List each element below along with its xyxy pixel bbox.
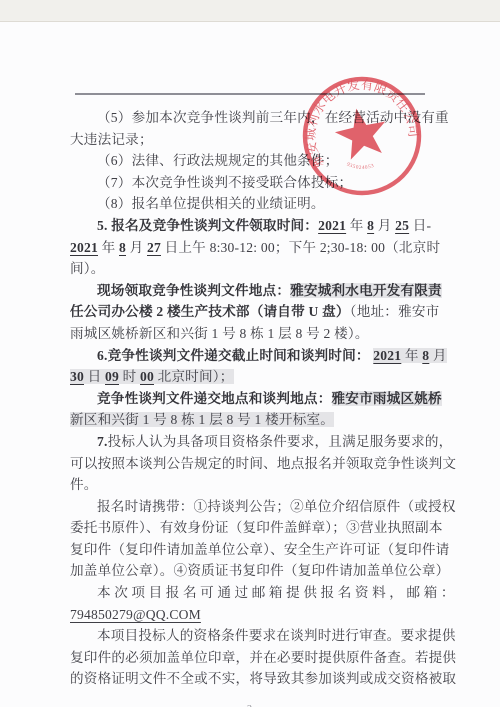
text-segment: 6.竞争性谈判文件递交截止时间和谈判时间： [97, 348, 370, 363]
text-segment: 北京时间）； [154, 369, 234, 384]
text-segment: 委托书原件）、有效身份证（复印件盖鲜章）；③营业执照副本 [70, 520, 443, 535]
document-line: 复印件的必须加盖单位印章，并在必要时提供原件备查。若提供 [70, 647, 438, 669]
text-segment: 7. [97, 434, 108, 449]
text-segment: （地址：雅安市 [350, 304, 440, 319]
text-segment: 2021 [318, 218, 346, 233]
document-line: （5）参加本次竞争性谈判前三年内，在经营活动中没有重 [70, 107, 438, 129]
text-segment: 日上午 8:30-12: 00；下午 2;30-18: 00（北京时 [161, 240, 440, 255]
document-line: 本次项目报名可通过邮箱提供报名资料，邮箱： [70, 582, 438, 604]
text-segment: 新区和兴街 1 号 8 栋 1 层 8 号 1 楼开标室。 [70, 412, 334, 427]
text-segment: 件。 [70, 477, 98, 492]
text-segment: 间）。 [70, 261, 105, 276]
text-segment: 794850279@QQ.COM [70, 607, 201, 622]
document-line: 794850279@QQ.COM [70, 604, 438, 626]
text-segment: 雨城区姚桥新区和兴街 1 号 8 栋 1 层 8 号 2 楼）。 [70, 326, 369, 341]
text-segment: 年 [401, 348, 422, 363]
document-line: 雨城区姚桥新区和兴街 1 号 8 栋 1 层 8 号 2 楼）。 [70, 323, 438, 345]
text-segment: 可以按照本谈判公告规定的时间、地点报名并领取竞争性谈判文 [70, 456, 456, 471]
text-segment: 的资格证明文件不全或不实，将导致其参加谈判或成交资格被取 [70, 671, 456, 686]
document-line: （7）本次竞争性谈判不接受联合体投标； [70, 172, 438, 194]
document-line: 5. 报名及竞争性谈判文件领取时间：2021 年 8 月 25 日- [70, 215, 438, 237]
document-line: 6.竞争性谈判文件递交截止时间和谈判时间： 2021 年 8 月 [70, 345, 438, 367]
text-segment: 年 [346, 218, 367, 233]
scan-page: （5）参加本次竞争性谈判前三年内，在经营活动中没有重大违法记录；（6）法律、行政… [0, 22, 500, 707]
text-segment: 雅安市雨城区姚桥 [332, 391, 442, 406]
document-line: 任公司办公楼 2 楼生产技术部（请自带 U 盘）（地址：雅安市 [70, 301, 438, 323]
text-segment: （5）参加本次竞争性谈判前三年内，在经营活动中没有重 [97, 110, 449, 125]
text-segment: 任公司办公楼 2 楼生产技术部（请自带 U 盘） [70, 304, 350, 319]
text-segment: 8 [119, 240, 126, 255]
text-segment: 00 [140, 369, 154, 384]
header-divider-line [75, 93, 425, 95]
text-segment: 日 [84, 369, 105, 384]
document-line: 加盖单位公章）。④资质证书复印件（复印件请加盖单位公章） [70, 560, 438, 582]
text-segment: 本项目投标人的资格条件要求在谈判时进行审查。要求提供 [97, 628, 456, 643]
text-segment: 复印件的必须加盖单位印章，并在必要时提供原件备查。若提供 [70, 650, 456, 665]
text-segment: 大违法记录； [70, 132, 153, 147]
document-line: 委托书原件）、有效身份证（复印件盖鲜章）；③营业执照副本 [70, 517, 438, 539]
document-line: 现场领取竞争性谈判文件地点：雅安城利水电开发有限责 [70, 280, 438, 302]
text-segment: （7）本次竞争性谈判不接受联合体投标； [97, 175, 352, 190]
text-segment: 报名时请携带：①持谈判公告；②单位介绍信原件（或授权 [97, 499, 456, 514]
text-segment: 本次项目报名可通过邮箱提供报名资料，邮箱： [97, 585, 458, 600]
text-segment: 时 [119, 369, 140, 384]
document-line: （6）法律、行政法规规定的其他条件； [70, 150, 438, 172]
document-line: 的资格证明文件不全或不实，将导致其参加谈判或成交资格被取 [70, 668, 438, 690]
text-segment: 月 [126, 240, 147, 255]
document-line: 件。 [70, 474, 438, 496]
text-segment: 30 [70, 369, 84, 384]
text-segment: 2021 [70, 240, 98, 255]
document-line: 大违法记录； [70, 129, 438, 151]
text-segment: （8）报名单位提供相关的业绩证明。 [97, 196, 325, 211]
document-line: 间）。 [70, 258, 438, 280]
text-segment: 竞争性谈判文件递交地点和谈判地点： [97, 391, 332, 406]
text-segment: 日- [409, 218, 431, 233]
text-segment: 月 [429, 348, 446, 363]
document-line: 2021 年 8 月 27 日上午 8:30-12: 00；下午 2;30-18… [70, 237, 438, 259]
document-line: 可以按照本谈判公告规定的时间、地点报名并领取竞争性谈判文 [70, 453, 438, 475]
document-line: 7.投标人认为具备项目资格条件要求，且满足服务要求的， [70, 431, 438, 453]
document-line: （8）报名单位提供相关的业绩证明。 [70, 193, 438, 215]
text-segment: 投标人认为具备项目资格条件要求，且满足服务要求的， [108, 434, 453, 449]
text-segment: 09 [105, 369, 119, 384]
document-line: 30 日 09 时 00 北京时间）； [70, 366, 438, 388]
text-segment: 2021 [373, 348, 401, 363]
text-segment: 5. 报名及竞争性谈判文件领取时间： [97, 218, 318, 233]
text-segment: 年 [98, 240, 119, 255]
document-line: 报名时请携带：①持谈判公告；②单位介绍信原件（或授权 [70, 496, 438, 518]
document-body: （5）参加本次竞争性谈判前三年内，在经营活动中没有重大违法记录；（6）法律、行政… [70, 107, 438, 690]
text-segment: 现场领取竞争性谈判文件地点： [97, 283, 290, 298]
document-line: 竞争性谈判文件递交地点和谈判地点：雅安市雨城区姚桥 [70, 388, 438, 410]
scan-top-band [0, 0, 500, 22]
document-line: 新区和兴街 1 号 8 栋 1 层 8 号 1 楼开标室。 [70, 409, 438, 431]
text-segment: 加盖单位公章）。④资质证书复印件（复印件请加盖单位公章） [70, 563, 449, 578]
text-segment: 复印件（复印件请加盖单位公章）、安全生产许可证（复印件请 [70, 542, 449, 557]
document-line: 复印件（复印件请加盖单位公章）、安全生产许可证（复印件请 [70, 539, 438, 561]
text-segment: 25 [395, 218, 409, 233]
text-segment: （6）法律、行政法规规定的其他条件； [97, 153, 339, 168]
document-line: 本项目投标人的资格条件要求在谈判时进行审查。要求提供 [70, 625, 438, 647]
text-segment: 27 [147, 240, 161, 255]
text-segment: 雅安城利水电开发有限责 [290, 283, 442, 298]
text-segment: 月 [374, 218, 395, 233]
